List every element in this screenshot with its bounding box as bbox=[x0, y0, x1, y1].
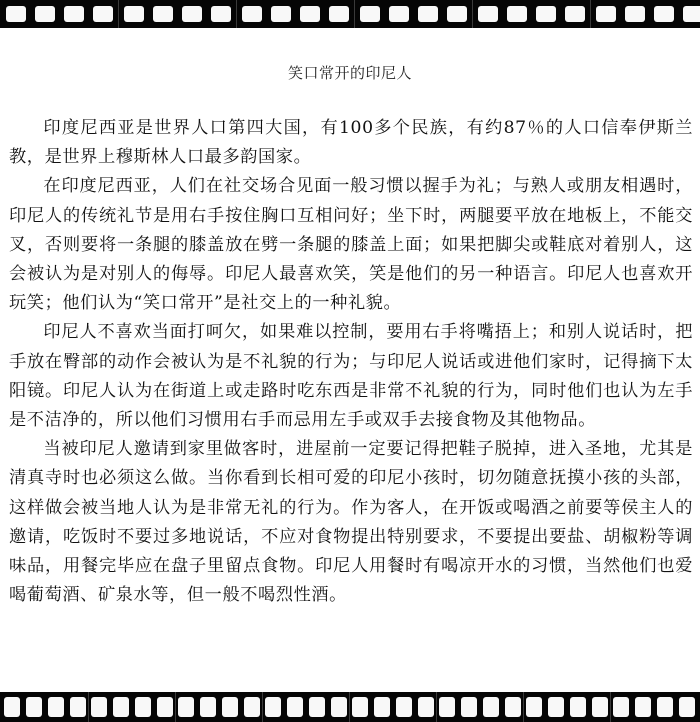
film-sprocket-hole bbox=[265, 697, 281, 717]
film-frame-divider bbox=[610, 692, 611, 722]
film-sprocket-hole bbox=[4, 697, 20, 717]
film-sprocket-hole bbox=[300, 6, 320, 22]
film-sprocket-hole bbox=[613, 697, 629, 717]
film-sprocket-hole bbox=[6, 6, 26, 22]
film-sprocket-hole bbox=[287, 697, 303, 717]
film-sprocket-hole bbox=[536, 6, 556, 22]
film-sprocket-hole bbox=[331, 697, 347, 717]
film-sprocket-hole bbox=[478, 6, 498, 22]
film-sprocket-hole bbox=[329, 6, 349, 22]
film-sprocket-hole bbox=[157, 697, 173, 717]
film-sprocket-hole bbox=[48, 697, 64, 717]
film-sprocket-hole bbox=[548, 697, 564, 717]
film-strip-top-border bbox=[0, 0, 700, 28]
film-sprocket-hole bbox=[182, 6, 202, 22]
film-sprocket-hole bbox=[418, 6, 438, 22]
film-sprocket-hole bbox=[35, 6, 55, 22]
film-sprocket-hole bbox=[439, 697, 455, 717]
film-sprocket-hole bbox=[396, 697, 412, 717]
film-sprocket-hole bbox=[570, 697, 586, 717]
film-frame-divider bbox=[472, 0, 473, 28]
film-sprocket-hole bbox=[461, 697, 477, 717]
film-sprocket-hole bbox=[625, 6, 645, 22]
film-sprocket-hole bbox=[91, 697, 107, 717]
film-frame-divider bbox=[523, 692, 524, 722]
paragraph-guest-etiquette: 当被印尼人邀请到家里做客时，进屋前一定要记得把鞋子脱掉，进入圣地，尤其是清真寺时… bbox=[9, 435, 693, 610]
film-sprocket-hole bbox=[507, 6, 527, 22]
film-frame-divider bbox=[118, 0, 119, 28]
film-frame-divider bbox=[175, 692, 176, 722]
film-sprocket-hole bbox=[271, 6, 291, 22]
film-strip-bottom-border bbox=[0, 692, 700, 722]
film-sprocket-hole bbox=[113, 697, 129, 717]
document-title: 笑口常开的印尼人 bbox=[0, 62, 700, 83]
film-sprocket-hole bbox=[200, 697, 216, 717]
film-frame-divider bbox=[436, 692, 437, 722]
film-frame-divider bbox=[236, 0, 237, 28]
film-sprocket-hole bbox=[679, 697, 695, 717]
film-sprocket-hole bbox=[242, 6, 262, 22]
film-sprocket-hole bbox=[178, 697, 194, 717]
film-sprocket-hole bbox=[635, 697, 651, 717]
film-frame-divider bbox=[349, 692, 350, 722]
film-frame-divider bbox=[88, 692, 89, 722]
article-body: 印度尼西亚是世界人口第四大国，有100多个民族，有约87％的人口信奉伊斯兰教，是… bbox=[9, 114, 693, 610]
film-sprocket-hole bbox=[447, 6, 467, 22]
film-sprocket-hole bbox=[93, 6, 113, 22]
film-sprocket-hole bbox=[309, 697, 325, 717]
film-sprocket-hole bbox=[592, 697, 608, 717]
film-sprocket-hole bbox=[596, 6, 616, 22]
film-sprocket-hole bbox=[64, 6, 84, 22]
paragraph-manners: 印尼人不喜欢当面打呵欠，如果难以控制，要用右手将嘴捂上；和别人说话时，把手放在臀… bbox=[9, 318, 693, 435]
film-sprocket-hole bbox=[505, 697, 521, 717]
film-sprocket-hole bbox=[683, 6, 700, 22]
film-sprocket-hole bbox=[153, 6, 173, 22]
film-sprocket-hole bbox=[135, 697, 151, 717]
film-sprocket-hole bbox=[352, 697, 368, 717]
film-sprocket-hole bbox=[418, 697, 434, 717]
film-sprocket-hole bbox=[70, 697, 86, 717]
film-sprocket-hole bbox=[483, 697, 499, 717]
film-sprocket-hole bbox=[565, 6, 585, 22]
film-sprocket-hole bbox=[526, 697, 542, 717]
film-sprocket-hole bbox=[389, 6, 409, 22]
paragraph-greeting-etiquette: 在印度尼西亚，人们在社交场合见面一般习惯以握手为礼；与熟人或朋友相遇时，印尼人的… bbox=[9, 172, 693, 318]
film-sprocket-hole bbox=[222, 697, 238, 717]
film-sprocket-hole bbox=[374, 697, 390, 717]
film-sprocket-hole bbox=[244, 697, 260, 717]
film-sprocket-hole bbox=[657, 697, 673, 717]
film-sprocket-hole bbox=[654, 6, 674, 22]
film-sprocket-hole bbox=[26, 697, 42, 717]
film-sprocket-hole bbox=[124, 6, 144, 22]
film-frame-divider bbox=[262, 692, 263, 722]
film-frame-divider bbox=[354, 0, 355, 28]
film-sprocket-hole bbox=[211, 6, 231, 22]
film-frame-divider bbox=[590, 0, 591, 28]
paragraph-population: 印度尼西亚是世界人口第四大国，有100多个民族，有约87％的人口信奉伊斯兰教，是… bbox=[9, 114, 693, 172]
film-sprocket-hole bbox=[360, 6, 380, 22]
